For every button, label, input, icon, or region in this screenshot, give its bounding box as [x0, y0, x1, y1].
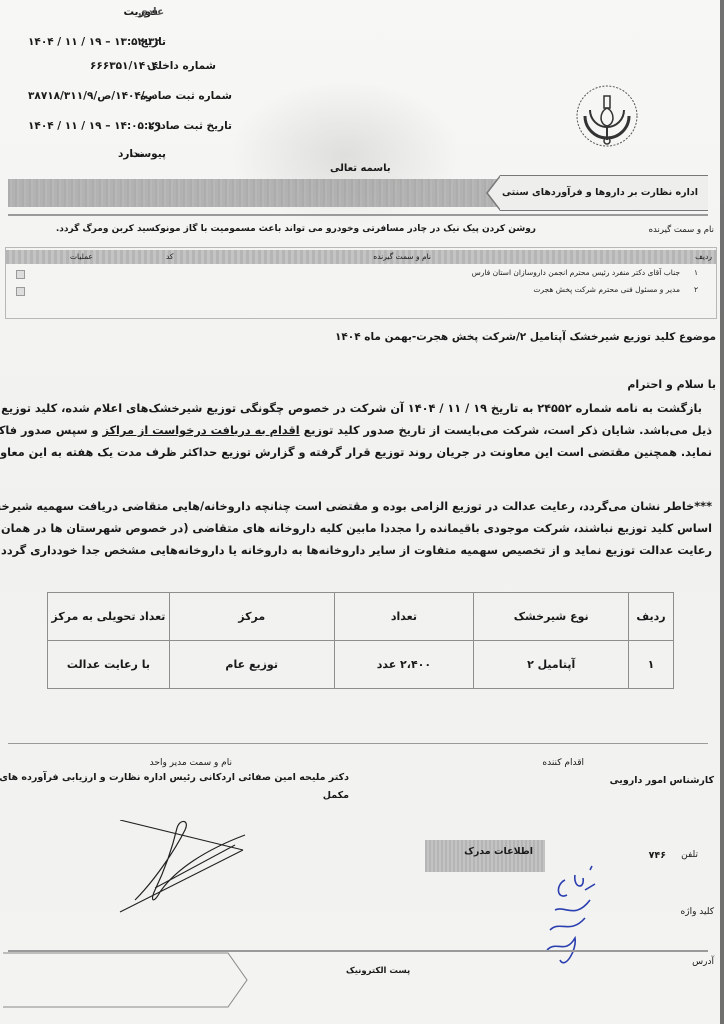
text-run: ذیل می‌باشد. شایان ذکر است، شرکت می‌بایس…	[304, 424, 712, 437]
meta-issued-number-value: ۳۸۷۱۸/۳۱۱/۹/پ/۱۴۰۴/ص	[28, 90, 155, 102]
email-field-frame	[8, 950, 248, 1006]
letter-page: فوریت عادی تاریخ ۱۴۰۴ / ۱۱ / ۱۹ – ۱۳:۵۲:…	[0, 0, 724, 1024]
paragraph-line: ***خاطر نشان می‌گردد، رعایت عدالت در توز…	[22, 496, 712, 518]
phone-value: ۷۴۶	[649, 850, 666, 861]
body-paragraph-1: بازگشت به نامه شماره ۲۴۵۵۲ به تاریخ ۱۹ /…	[22, 398, 712, 464]
meta-attachment: پیوست ندارد	[0, 148, 240, 170]
distribution-table: ردیف نوع شیرخشک تعداد مرکز تعداد تحویلی …	[47, 592, 674, 689]
text-run: و سپس صدور فاکتور	[0, 424, 99, 437]
distribution-table-header: ردیف نوع شیرخشک تعداد مرکز تعداد تحویلی …	[48, 593, 674, 641]
paragraph-line: اساس کلید توزیع نباشند، شرکت موجودی باقی…	[22, 518, 712, 540]
cell-delivered-quantity: با رعایت عدالت	[48, 641, 170, 689]
cell-formula-type: آپتامیل ۲	[474, 641, 629, 689]
meta-date-value: ۱۴۰۴ / ۱۱ / ۱۹ – ۱۳:۵۲:۳۲	[28, 36, 161, 48]
recipients-table: ردیف نام و سمت گیرنده کد عملیات ۱ جناب آ…	[5, 247, 717, 319]
meta-internal-number-value: ۶۶۶۳۵۱/۱۴۰۴	[90, 60, 158, 72]
manager-label: نام و سمت مدیر واحد	[150, 758, 232, 768]
recipient-name: مدیر و مسئول فنی محترم شرکت پخش هجرت	[533, 285, 680, 294]
document-icon[interactable]	[16, 270, 25, 279]
paragraph-line: نماید. همچنین مقتضی است این معاونت در جر…	[22, 442, 712, 464]
col-quantity: تعداد	[334, 593, 474, 641]
col-row: ردیف	[629, 593, 674, 641]
department-bar-fill	[8, 179, 528, 207]
row-number: ۲	[694, 285, 698, 294]
department-bar: اداره نظارت بر داروها و فرآوردهای سنتی	[8, 175, 708, 211]
letter-subject: موضوع کلید توزیع شیرخشک آپتامیل ۲/شرکت پ…	[335, 331, 716, 343]
meta-issued-date: تاریخ ثبت صادره ۱۴۰۴ / ۱۱ / ۱۹ – ۱۴:۰۵:۲…	[0, 120, 240, 142]
underlined-text: اقدام به دریافت درخواست از مراکز	[102, 424, 299, 437]
footer-divider	[8, 743, 708, 744]
address-label: آدرس	[692, 957, 714, 967]
signature	[115, 820, 255, 920]
recipients-table-header: ردیف نام و سمت گیرنده کد عملیات	[6, 250, 716, 264]
meta-issued-number: شماره ثبت صادره ۳۸۷۱۸/۳۱۱/۹/پ/۱۴۰۴/ص	[0, 90, 240, 112]
divider	[8, 214, 708, 216]
row-number: ۱	[694, 268, 698, 277]
body-paragraph-2: ***خاطر نشان می‌گردد، رعایت عدالت در توز…	[22, 496, 712, 562]
cell-quantity: ۲،۴۰۰ عدد	[334, 641, 474, 689]
col-actions: عملیات	[70, 252, 93, 261]
greeting: با سلام و احترام	[627, 378, 716, 391]
manager-name: دکتر ملیحه امین صفائی اردکانی رئیس اداره…	[0, 772, 349, 783]
distribution-table-row: ۱ آپتامیل ۲ ۲،۴۰۰ عدد توزیع عام با رعایت…	[48, 641, 674, 689]
handwritten-note	[535, 860, 615, 980]
meta-priority-value: عادی	[138, 6, 164, 18]
recipients-table-row: ۱ جناب آقای دکتر منفرد رئیس محترم انجمن …	[8, 268, 698, 282]
department-name: اداره نظارت بر داروها و فرآوردهای سنتی	[502, 187, 698, 198]
col-formula-type: نوع شیرخشک	[474, 593, 629, 641]
safety-notice: روشن کردن پیک نیک در چادر مسافرتی وخودرو…	[56, 224, 536, 234]
email-label: پست الکترونیک	[346, 966, 410, 976]
meta-internal-number: شماره داخلی ۶۶۶۳۵۱/۱۴۰۴	[0, 60, 240, 82]
paragraph-line: ذیل می‌باشد. شایان ذکر است، شرکت می‌بایس…	[22, 420, 712, 442]
department-tab: اداره نظارت بر داروها و فرآوردهای سنتی	[500, 175, 708, 211]
paragraph-line: رعایت عدالت توزیع نماید و از تخصیص سهمیه…	[22, 540, 712, 562]
col-code: کد	[166, 252, 174, 261]
manager-name-cont: مکمل	[323, 790, 349, 801]
action-by-label: اقدام کننده	[542, 758, 584, 768]
basmeh-heading: باسمه تعالی	[330, 163, 391, 174]
recipient-label: نام و سمت گیرنده	[649, 225, 714, 235]
phone-label: تلفن	[681, 850, 698, 860]
col-row: ردیف	[695, 252, 712, 261]
meta-priority: فوریت عادی	[0, 6, 240, 28]
col-center: مرکز	[169, 593, 334, 641]
page-edge-shadow	[720, 0, 724, 1024]
paragraph-line: بازگشت به نامه شماره ۲۴۵۵۲ به تاریخ ۱۹ /…	[22, 398, 712, 420]
meta-issued-date-value: ۱۴۰۴ / ۱۱ / ۱۹ – ۱۴:۰۵:۲۹	[28, 120, 161, 132]
meta-attachment-value: ندارد	[118, 148, 143, 160]
document-info-box: اطلاعات مدرک	[425, 840, 545, 872]
keyword-label: کلید واژه	[681, 907, 714, 917]
university-logo-icon	[572, 78, 642, 158]
cell-center: توزیع عام	[169, 641, 334, 689]
col-recipient-name: نام و سمت گیرنده	[373, 252, 431, 261]
meta-date: تاریخ ۱۴۰۴ / ۱۱ / ۱۹ – ۱۳:۵۲:۳۲	[0, 36, 240, 58]
recipients-table-row: ۲ مدیر و مسئول فنی محترم شرکت پخش هجرت	[8, 285, 698, 299]
recipient-name: جناب آقای دکتر منفرد رئیس محترم انجمن دا…	[472, 268, 680, 277]
document-info-label: اطلاعات مدرک	[464, 846, 533, 857]
col-delivered-quantity: تعداد تحویلی به مرکز	[48, 593, 170, 641]
cell-row: ۱	[629, 641, 674, 689]
document-icon[interactable]	[16, 287, 25, 296]
action-by-value: کارشناس امور دارویی	[610, 775, 714, 786]
